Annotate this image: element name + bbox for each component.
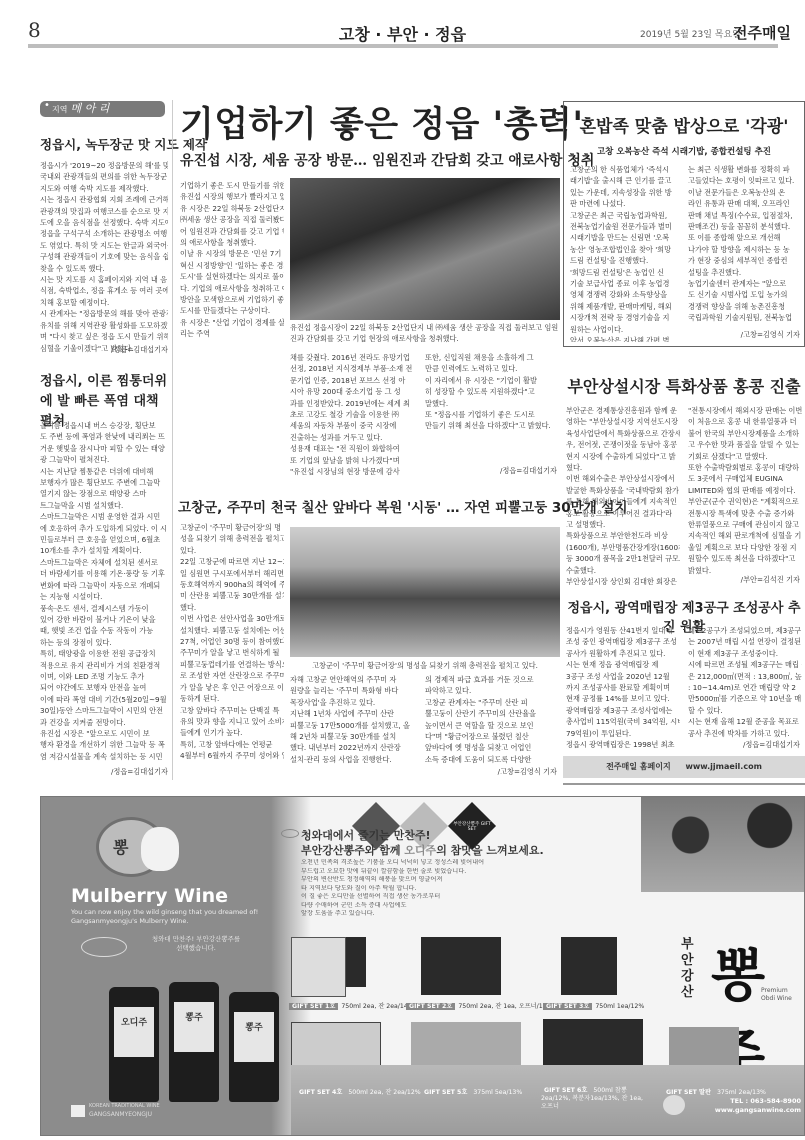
text-line: LIMITED와 협의 판매를 예정이다. — [688, 485, 802, 496]
gochang-photo-caption: 고창군이 '주꾸미 황금어장'의 명성을 되찾기 위해 총력전을 펼치고 있다. — [290, 660, 560, 671]
gift-tag: GIFT SET 3호 — [543, 1003, 592, 1010]
text-line: 피뿔고둥 17만5000개를 설치했고, 올 — [290, 720, 418, 731]
text-line: 했다. — [180, 602, 284, 613]
text-line: 부안의 변산반도 청정해역의 해풍을 맞으며 영글어져 — [301, 876, 581, 885]
brand-mark-icon — [71, 1105, 85, 1117]
text-line: 관광객의 맛집과 여행코스를 순으로 맛 지 — [40, 206, 168, 217]
text-line: 밝혔다. — [688, 565, 802, 575]
text-line: 부안상설시장 상인회 김대한 회장은 — [566, 576, 680, 585]
gift-set-3-label: GIFT SET 3호750ml 1ea/12% — [543, 1001, 644, 1010]
text-line: 드림 컨설팅'을 진행했다. — [570, 255, 680, 266]
gochang-photo — [290, 527, 560, 657]
bottle-label: 뽕주 — [234, 1012, 274, 1062]
text-line: 까지 조성공사를 완료할 계획이며 — [566, 682, 680, 693]
text-line: 도시를 만들겠다는 구상이다. — [180, 305, 284, 316]
lead-photo-caption: 유진섭 정읍시장이 22일 하북동 2산업단지 내 ㈜세움 생산 공장을 직접 … — [290, 322, 560, 344]
text-line: 유치를 위해 지역관광 활성화를 도모하겠다" — [40, 320, 168, 331]
text-line: 시에 따르면 조성될 제3공구는 매립 용량 — [688, 659, 802, 670]
text-line: 도에 오을 음식점을 선정했다. 숙박 지도에는 — [40, 217, 168, 228]
text-line: 농업기술센터 관계자는 "앞으로 — [688, 278, 800, 289]
gift-set-diamond-label: 부안강산뽕주 GIFT SET — [449, 821, 495, 832]
text-line: 되어 야간에도 보행자 안전을 높여 — [40, 682, 168, 693]
text-line: 앞장 도움을 주고 있습니다. — [301, 910, 581, 919]
text-line: 이 자리에서 유 시장은 "기업이 활발 — [425, 375, 557, 386]
text-line: 고들었다는 호평이 잇따르고 있다. — [688, 175, 800, 186]
mascot-icon — [141, 827, 179, 871]
text-line: 앞바다에 옛 명성을 되찾고 어업인 — [425, 742, 557, 753]
text-line: 의 애로사항을 청취했다. — [180, 237, 284, 248]
text-line: 또한, 신입직원 채용을 소홀하게 그 — [425, 352, 557, 363]
text-line: 구성해 관광객들이 기호에 맞는 음식을 쉽게 — [40, 251, 168, 262]
buan-headline: 부안상설시장 특화상품 홍콩 진출 — [563, 374, 805, 397]
text-line: 27척, 어업인 30명 등이 참여했다. — [180, 636, 284, 647]
bluehouse-emblem-icon — [281, 829, 299, 838]
text-line: 국내외 관광객들의 편의를 위한 녹두장군 맛 — [40, 171, 168, 182]
text-line: 현재 공정률 14%를 보이고 있다. — [566, 693, 680, 704]
text-line: 염 저감시설물을 계속 설치하는 등 시민 — [40, 751, 168, 762]
bottom-rule — [563, 783, 805, 785]
text-line: 타 지역보다 당도와 질이 아주 탁월 합니다. — [301, 885, 581, 894]
wine-bottle-icon: 뽕주 — [169, 982, 219, 1102]
text-line: 정읍시가 '2019~20 정읍방문의 해'를 맞아 — [40, 160, 168, 171]
text-line: 진출하는 성과를 거두고 있다. — [290, 432, 418, 443]
text-line: 또 기업의 앞날을 밝혀 나가겠다"며 — [290, 455, 418, 466]
text-line: 다. 기업의 애로사항을 청취하고 애로 — [180, 283, 284, 294]
gift-desc: 375ml 5ea/13% — [473, 1089, 522, 1096]
ad-website-link[interactable]: www.gangsanwine.com — [681, 1106, 801, 1115]
text-line: 가 알을 낳은 후 인근 어장으로 이 — [180, 682, 284, 693]
ad-bottles: 오디주 뽕주 뽕주 — [89, 982, 289, 1102]
text-line: 스마트그늘막은 시범 운영한 결과 시민 — [40, 511, 168, 522]
text-line: 미 산란용 피뿔고둥 30만개를 설치 — [180, 590, 284, 601]
text-line: 채를 갖췄다. 2016년 전라도 유망기업 — [290, 352, 418, 363]
buan-body-col2: "전통시장에서 해외시장 판매는 이번 이 처음으로 홍콩 내 한류열풍과 더 … — [688, 405, 802, 575]
text-line: 수출했다. — [566, 565, 680, 576]
text-line: 할 수 있다. — [688, 705, 802, 716]
mulberry-photo-icon — [641, 797, 805, 892]
text-line: 시는 지난달 찜통같은 더위에 대비해 — [40, 466, 168, 477]
text-line: 에 호응하여 추가 도입하게 되었다. 이 시 — [40, 523, 168, 534]
text-line: 시래기밥을 만드는 신림면 '오복 — [570, 232, 680, 243]
text-line: 고창 앞바다 주꾸미는 단백질 특 — [180, 705, 284, 716]
memo-tag-prefix: 지역 — [52, 105, 67, 114]
text-line: 농산' 영농조합법인을 찾아 '희망 — [570, 244, 680, 255]
text-line: 부안군은 경제통상진흥원과 함께 운 — [566, 405, 680, 416]
text-line: 시는 현재 정읍 광역매립장 제 — [566, 659, 680, 670]
lead-body-col1: 기업하기 좋은 도시 만들기를 위한 유진섭 시장의 행보가 빨라지고 있다. … — [180, 180, 284, 480]
ad-tagline: You can now enjoy the wild ginseng that … — [71, 908, 291, 926]
gift-set-3-image — [561, 937, 617, 995]
gochang-byline: /고창=김영식 기자 — [425, 767, 557, 777]
text-line: ㈜세움 생산 공장을 직접 둘러봤다. 이 — [180, 214, 284, 225]
text-line: 이날 전문가들은 오복농산의 온 — [688, 187, 800, 198]
text-line: 발굴한 특화상품을 '국내박람회 참가 — [566, 485, 680, 496]
gochang-headline: 고창군, 주꾸미 천국 칠산 앞바다 복원 '시동' … 자연 피뿔고둥 30만… — [178, 496, 628, 516]
lead-subhead: 유진섭 시장, 세움 공장 방문… 임원진과 간담회 갖고 애로사항 청취 — [180, 150, 594, 170]
text-line: 리는 주역 — [180, 328, 284, 339]
ad-premium-label: Premium Obdi Wine — [761, 987, 801, 1003]
text-line: 공사가 원활하게 추진되고 있다. — [566, 648, 680, 659]
text-line: 광 그늘막이 펼쳐진다. — [40, 454, 168, 465]
gift-tag: GIFT SET 4호 — [296, 1089, 345, 1096]
text-line: 찾을 수 있도록 했다. — [40, 263, 168, 274]
text-line: 파악하고 있다. — [425, 685, 557, 696]
text-line: 이 현재 제3공구 조성중이다. — [688, 648, 802, 659]
text-line: 높이면서 큰 역할을 할 것으로 보인 — [425, 720, 557, 731]
text-line: 만큼 인력에도 노력하고 있다. — [425, 363, 557, 374]
text-line: 치해 홍보할 예정이다. — [40, 297, 168, 308]
text-line: 들에게 인기가 높다. — [180, 727, 284, 738]
gift-desc: 750ml 2ea, 잔 2ea/14% — [341, 1003, 413, 1010]
text-line: 적용으로 유지 관리비가 거의 친환경적 — [40, 660, 168, 671]
text-line: 과 건강을 지켜줄 전망이다. — [40, 717, 168, 728]
text-line: 제1·2공구가 조성되었으며, 제3공구 — [688, 625, 802, 636]
text-line: 원할수 있도록 최선을 다하겠다"고 — [688, 553, 802, 564]
ad-bottom-brand-small: KOREAN TRADITIONAL WINE — [89, 1103, 160, 1109]
text-line: 판매조건) 등을 꼼꼼히 분석했다. — [688, 221, 800, 232]
text-line: 고창군이 '주꾸미 황금어장'의 명 — [180, 522, 284, 533]
gochang-body-col3: 의 경제적 파급 효과를 거둔 것으로 파악하고 있다. 고창군 관계자는 "주… — [425, 674, 557, 769]
text-line: 육성사업단에서 특화상품으로 간장새 — [566, 428, 680, 439]
text-line: 유진섭 시장은 "앞으로도 시민이 보 — [40, 728, 168, 739]
text-line: 30일)동안 스마트그늘막이 시민의 안전 — [40, 705, 168, 716]
text-line: 유진섭 시장의 행보가 빨라지고 있다. — [180, 191, 284, 202]
text-line: 원하는 사업이다. — [570, 324, 680, 335]
text-line: 고 우수한 맛과 품질을 알릴 수 있는 — [688, 439, 802, 450]
boxed-byline: /고창=김영식 기자 — [688, 330, 800, 340]
text-line: 이 처음으로 홍콩 내 한류열풍과 더 — [688, 416, 802, 427]
text-line: 선정, 2018년 지식경제부 부품·소재 전 — [290, 363, 418, 374]
gift-desc: 750ml 2ea, 잔 1ea, 오프너/12% — [458, 1003, 552, 1010]
brand-logo-text: 뽕 — [113, 835, 128, 858]
ad-headline-2b: 오디주 — [404, 844, 436, 857]
homepage-bar: 전주매일 홈페이지 www.jjmaeil.com — [563, 756, 805, 778]
text-line: 시장개척 전략 등 경영기술을 지 — [570, 312, 680, 323]
text-line: 특히, 태양광을 이용한 전원 공급장치 — [40, 648, 168, 659]
landfill-body-col2: 제1·2공구가 조성되었으며, 제3공구 는 2007년 매립 시설 연장이 결… — [688, 625, 802, 740]
text-line: 래기밥'을 출시해 큰 인기를 끌고 — [570, 175, 680, 186]
homepage-label: 전주매일 홈페이지 — [606, 762, 671, 771]
text-line: 도 엮었다. 특히 맛 지도는 한글과 외국어를 — [40, 240, 168, 251]
text-line: 시는 현재 올해 12월 준공을 목표로 — [688, 716, 802, 727]
text-line: 이 질 좋은 오디만을 선별하여 직접 생산 농가로부터 — [301, 893, 581, 902]
text-line: 다"며 "황금어장으로 불렸던 칠산 — [425, 731, 557, 742]
text-line: 해 2년차 피뿔고둥 30만개를 설치 — [290, 731, 418, 742]
text-line: 도시'를 실현하겠다는 의지로 풀이된 — [180, 271, 284, 282]
gift-desc: 500ml 2ea, 잔 2ea/12% — [348, 1089, 420, 1096]
text-line: 시는 맛 지도를 시 홈페이지와 지역 내 음 — [40, 274, 168, 285]
text-line: 보행자가 많은 횡단보도 주변에 그늘막 — [40, 477, 168, 488]
text-line: 기업하기 좋은 도시 만들기를 위한 — [180, 180, 284, 191]
buan-byline: /부안=김석진 기자 — [688, 575, 800, 585]
text-line: 조성 중인 광역매립장 제3공구 조성 — [566, 636, 680, 647]
paper-name: 전주매일 — [733, 22, 791, 43]
text-line: 있다. — [180, 545, 284, 556]
text-line: 며 "다시 찾고 싶은 정읍 도시 만들기 위해 — [40, 331, 168, 342]
text-line: 은 212,000㎥(면적 : 13,800㎡, 높이 — [688, 671, 802, 682]
text-line: 이날 유 시장의 방문은 '민선 7기 — [180, 248, 284, 259]
text-line: 총사업비 115억원(국비 34억원, 시비 — [566, 716, 680, 727]
text-line: 고 설명했다. — [566, 519, 680, 530]
text-line: "전통시장에서 해외시장 판매는 이번 — [688, 405, 802, 416]
header-rule — [28, 44, 778, 48]
memo-article-2-body: 올여름 정읍시내 버스 승강장, 횡단보 도 주변 등에 폭염과 한낮에 내리쬐… — [40, 420, 168, 765]
ad-brand-title: Mulberry Wine — [71, 885, 228, 907]
ad-emblem-text: 청와대 만찬주! 부안강산뽕주를 선택했습니다. — [151, 935, 241, 953]
text-line: 위해 제품개발, 판매마케팅, 해외 — [570, 301, 680, 312]
text-line: 영하는 "부안상설시장 지역선도시장 — [566, 416, 680, 427]
text-line: 성용재 대표는 "전 직원이 화합하여 — [290, 443, 418, 454]
ad-bottom-brand: GANGSANMYEONGJU — [89, 1111, 152, 1118]
text-line: 전북농업기술원 전문가들과 별미 — [570, 221, 680, 232]
text-line: 때, 햇빛 조건 업을 수동 작동이 가능 — [40, 625, 168, 636]
bluehouse-emblem-icon — [81, 937, 127, 957]
gift-set-2-image — [421, 937, 501, 995]
text-line: 혁신 시정방향'인 '일하는 좋은 경제 — [180, 260, 284, 271]
bottle-label: 오디주 — [114, 1007, 154, 1057]
text-line: 도 주변 등에 폭염과 한낮에 내리쬐는 뜨 — [40, 431, 168, 442]
gift-set-special-label: GIFT SET 딸판375ml 2ea/13% — [663, 1087, 766, 1096]
text-line: 고창군은 최근 국립농업과학원, — [570, 210, 680, 221]
text-line: 하는 등의 장점이 있다. — [40, 637, 168, 648]
text-line: 행자 환경을 개선하기 위한 그늘막 등 폭 — [40, 739, 168, 750]
lead-body-col2: 채를 갖췄다. 2016년 전라도 유망기업 선정, 2018년 지식경제부 부… — [290, 352, 418, 482]
text-line: 광역매립장 제3공구 조성사업에는 — [566, 705, 680, 716]
gift-tag: GIFT SET 5호 — [421, 1089, 470, 1096]
text-line: 지도와 여행 숙박 지도를 제작했다. — [40, 183, 168, 194]
boxed-subhead: 고창 오복농산 즉석 시래기밥, 종합컨설팅 추진 — [563, 145, 805, 157]
lead-body-col3: 또한, 신입직원 채용을 소홀하게 그 만큼 인력에도 노력하고 있다. 이 자… — [425, 352, 557, 472]
text-line: 설치·관리 등의 사업을 진행한다. — [290, 754, 418, 765]
text-line: 거운 햇빛을 잠시나마 피할 수 있는 태양 — [40, 443, 168, 454]
memo-article-2-byline: /정읍=김대섭기자 — [40, 767, 168, 777]
text-line: 가 현장 중심의 세부적인 종합컨 — [688, 255, 800, 266]
text-line: 원량을 늘리는 '주꾸미 특화형 바다 — [290, 685, 418, 696]
text-line: 홍보 활동으로 이루어진 결과다'라 — [566, 508, 680, 519]
text-line: 이며, 이와 LED 조명 기능도 추가 — [40, 671, 168, 682]
text-line: 주꾸미가 알을 낳고 번식하게 될 — [180, 647, 284, 658]
gift-tag: GIFT SET 1호 — [289, 1003, 338, 1010]
text-line: 오천년 민족의 격조높은 기품을 오디 넉넉히 넣고 정성스레 빚어내어 — [301, 859, 581, 868]
text-line: 트그늘막을 시범 설치했다. — [40, 500, 168, 511]
wine-bottle-icon: 오디주 — [109, 987, 159, 1102]
gift-set-2-label: GIFT SET 2호750ml 2ea, 잔 1ea, 오프너/12% — [406, 1001, 553, 1010]
text-line: 는 2007년 매립 시설 연장이 결정된 — [688, 636, 802, 647]
text-line: 불어 한국의 부안시장제품을 소개하 — [688, 428, 802, 439]
text-line: 특화상품으로 부안한천도라 비상 — [566, 530, 680, 541]
text-line: 기술 보급사업 종료 이후 농업경 — [570, 278, 680, 289]
text-line: 앞서 오복농산은 지난해 간편 별 — [570, 335, 680, 342]
text-line: '희망드림 컨설팅'은 농업인 신 — [570, 267, 680, 278]
gift-tag: GIFT SET 6호 — [541, 1087, 590, 1094]
gift-desc: 375ml 2ea/13% — [717, 1089, 766, 1096]
text-line: 동호해역까지 900ha의 해역에 주꾸 — [180, 579, 284, 590]
text-line: 부안군(군수 권익현)은 "계획적으로 — [688, 496, 802, 507]
boxed-headline: 혼밥족 맞춤 밥상으로 '각광' — [563, 112, 805, 137]
issue-date: 2019년 5월 23일 목요일 — [640, 27, 741, 40]
text-line: 4월부터 6월까지 주꾸미 성어와 알 — [180, 750, 284, 761]
boxed-body-col1: 고창군의 한 식품업체가 '즉석시 래기밥'을 출시해 큰 인기를 끌고 있는 … — [570, 164, 680, 342]
text-line: 했다. 내년부터 2022년까지 산란장 — [290, 742, 418, 753]
landfill-body-col1: 정읍시가 영원동 산41번지 일대에 조성 중인 광역매립장 제3공구 조성 공… — [566, 625, 680, 750]
text-line: 부드럽고 오묘한 맛에 뒤끝이 깔끔함을 한번 술로 빚었습니다. — [301, 868, 581, 877]
text-line: 변화에 따라 그늘막이 자동으로 개폐되 — [40, 580, 168, 591]
text-line: 뿔고둥이 산란기 주꾸미의 산란율을 — [425, 708, 557, 719]
text-line: 더 바람세기를 이용해 기온·풍량 등 기후 — [40, 568, 168, 579]
gift-desc: 750ml 1ea/12% — [595, 1003, 644, 1010]
text-line: 정읍시 광역매립장은 1998년 최초 — [566, 739, 680, 750]
column-divider — [172, 100, 173, 780]
ad-side-title: 부안강산 — [681, 937, 695, 1001]
text-line: 전통시장 특색에 맞춘 수출 증가와 — [688, 508, 802, 519]
text-line: 스마트그늘막은 자체에 설치된 센서로 — [40, 557, 168, 568]
text-line: 혔다. — [566, 462, 680, 473]
text-line: 고창군 관계자는 "주꾸미 산란 피 — [425, 697, 557, 708]
bullet-icon: • — [44, 100, 50, 111]
ad-headline-2a: 부안강산뽕주와 함께 — [301, 844, 404, 857]
text-line: 영체 경쟁력 강화와 소득향상을 — [570, 289, 680, 300]
text-line: 일 심원면 구시포에서부터 해리면 — [180, 568, 284, 579]
text-line: 를 통해 해외바이어들에게 지속적인 — [566, 496, 680, 507]
text-line: 히 성장할 수 있도록 지원하겠다"고 — [425, 386, 557, 397]
text-line: 로 조성한 자연 산란장으로 주꾸미 — [180, 670, 284, 681]
text-line: 고창군의 한 식품업체가 '즉석시 — [570, 164, 680, 175]
text-line: 판 마련에 나섰다. — [570, 198, 680, 209]
text-line: 한류열풍으로 구매에 관심이지 않고 — [688, 519, 802, 530]
text-line: 3공구 조성 사업을 2020년 12월 — [566, 671, 680, 682]
memo-section-tag: 지역메 아 리 — [40, 101, 165, 117]
text-line: 정읍을 구석구석 소개하는 관광명소 여행 정보 — [40, 228, 168, 239]
text-line: 만5000㎥를 기준으로 약 10년을 매립 — [688, 693, 802, 704]
text-line: 79억원)이 투입된다. — [566, 728, 680, 739]
text-line: 10개소를 추가 설치할 계획이다. — [40, 545, 168, 556]
text-line: 있는 가운데, 지속성장을 위한 방 — [570, 187, 680, 198]
ad-phone: TEL : 063-584-8900 — [681, 1097, 801, 1106]
text-line: 시아 유망 200대 중소기업 등 그 성 — [290, 386, 418, 397]
wine-bottle-icon: 뽕주 — [229, 992, 279, 1102]
text-line: 만들기 위해 최선을 다하겠다"고 밝혔다. — [425, 420, 557, 431]
text-line: 도 3곳에서 구매업체 EUGINA — [688, 473, 802, 484]
buan-body-col1: 부안군은 경제통상진흥원과 함께 운 영하는 "부안상설시장 지역선도시장 육성… — [566, 405, 680, 585]
text-line: 라인 유통과 판매 대책, 오프라인 — [688, 198, 800, 209]
text-line: 설치했다. 피뿔고둥 설치에는 어선 — [180, 625, 284, 636]
gift-tag: GIFT SET 2호 — [406, 1003, 455, 1010]
text-line: 소득 증대에 도움이 되도록 다양한 — [425, 754, 557, 765]
text-line: 문기업 인증, 2018년 포브스 선정 아 — [290, 375, 418, 386]
text-line: 정읍시가 영원동 산41번지 일대에 — [566, 625, 680, 636]
text-line: 설팅을 추진했다. — [688, 267, 800, 278]
text-line: 판매 채널 특징(수수료, 입점절차, — [688, 210, 800, 221]
text-line: 유의 맛과 향을 지니고 있어 소비자 — [180, 716, 284, 727]
text-line: 올여름 정읍시내 버스 승강장, 횡단보 — [40, 420, 168, 431]
homepage-url-link[interactable]: www.jjmaeil.com — [685, 762, 761, 771]
ad-headline-2: 부안강산뽕주와 함께 오디주의 참맛을 느껴보세요. — [301, 842, 544, 858]
text-line: 나가야 할 방향을 제시하는 등 농 — [688, 244, 800, 255]
text-line: 풍속·온도 센서, 결제시스템 가동이 — [40, 603, 168, 614]
text-line: 지속적인 해외 판로개척에 심혈을 기 — [688, 530, 802, 541]
text-line: 유 시장은 "산업 기업이 경제를 살 — [180, 317, 284, 328]
ad-contact: TEL : 063-584-8900 www.gangsanwine.com — [681, 1097, 801, 1115]
boxed-body-col2: 는 최근 식생활 변화를 정확히 파 고들었다는 호평이 잇따르고 있다. 이날… — [688, 164, 800, 329]
text-line: 세움의 자동차 부품이 중국 시장에 — [290, 420, 418, 431]
text-line: 유 시장은 22일 하북동 2산업단지 내 — [180, 203, 284, 214]
lead-photo — [290, 178, 560, 320]
text-line: 지난해 1년차 사업에 주꾸미 산란 — [290, 708, 418, 719]
gift-set-1-label: GIFT SET 1호750ml 2ea, 잔 2ea/14% — [289, 1001, 414, 1010]
text-line: 현지 시장에 수출하게 되었다"고 밝 — [566, 451, 680, 462]
mulberry-wine-advertisement[interactable]: 뽕 Mulberry Wine You can now enjoy the wi… — [40, 796, 805, 1136]
memo-tag-title: 메 아 리 — [70, 102, 109, 115]
text-line: 의 경제적 파급 효과를 거둔 것으로 — [425, 674, 557, 685]
text-line: 피뿔고둥껍데기를 연결하는 방식으 — [180, 659, 284, 670]
text-line: 열기지 않는 장점으로 태양광 스마 — [40, 488, 168, 499]
landfill-byline: /정읍=김대섭기자 — [688, 740, 800, 750]
lead-byline: /정읍=김대섭기자 — [425, 466, 557, 476]
text-line: 우, 전어젓, 곤쟁이젓을 동남아 홍콩 — [566, 439, 680, 450]
text-line: 는 지능형 시설이다. — [40, 591, 168, 602]
text-line: 이에 따라 폭염 대비 기간(5월20일~9월 — [40, 694, 168, 705]
lead-headline: 기업하기 좋은 정읍 '총력' — [180, 97, 584, 147]
text-line: 공사 추진에 박차를 가하고 있다. — [688, 728, 802, 739]
text-line: 도 신기술 시범사업 도입 농가의 — [688, 289, 800, 300]
memo-article-1-byline: /정읍=김대섭기자 — [40, 345, 168, 355]
text-line: 이번 사업은 선안사업을 30만개로 — [180, 613, 284, 624]
text-line: 국립과학원 기술지원팀, 전북농업 — [688, 312, 800, 323]
ad-headline-2c: 의 참맛을 느껴보세요. — [436, 844, 543, 857]
text-line: 과를 인정받았다. 2019년에는 세계 최 — [290, 398, 418, 409]
memo-article-1-body: 정읍시가 '2019~20 정읍방문의 해'를 맞아 국내외 관광객들의 편의를… — [40, 160, 168, 356]
text-line: 시는 정읍시 관광협회 지회 조례에 근거해 — [40, 194, 168, 205]
text-line: 초로 고강도 철강 기술을 이용한 ㈜ — [290, 409, 418, 420]
text-line: 또 이를 종합해 앞으로 개선해 — [688, 232, 800, 243]
text-line: 이번 해외수출은 부안상설시장에서 — [566, 473, 680, 484]
text-line: 목장사업'을 추진하고 있다. — [290, 697, 418, 708]
text-line: 울일 계획으로 보다 다양한 장점 지 — [688, 542, 802, 553]
gift-set-6-label: GIFT SET 6호500ml 참뽕2ea/12%, 복분자1ea/13%, … — [541, 1087, 646, 1111]
gift-set-1-image — [291, 937, 346, 997]
text-line: : 10~14.4m)로 연간 매립량 약 2 — [688, 682, 802, 693]
text-line: 성을 되찾기 위해 총력전을 펼치고 — [180, 533, 284, 544]
gift-set-5-label: GIFT SET 5호375ml 5ea/13% — [421, 1087, 522, 1096]
text-line: "유진섭 시장님의 현장 방문에 감사 — [290, 466, 418, 477]
text-line: 22일 고창군에 따르면 지난 12~20 — [180, 556, 284, 567]
gochang-body-col2: 자해 고창군 연안해역의 주꾸미 자 원량을 늘리는 '주꾸미 특화형 바다 목… — [290, 674, 418, 769]
bottle-label: 뽕주 — [174, 1002, 214, 1052]
text-line: 식점, 숙박업소, 정읍 휴게소 등 여러 곳에 비 — [40, 285, 168, 296]
text-line: 동하게 된다. — [180, 693, 284, 704]
text-line: 기회로 삼겠다"고 말했다. — [688, 451, 802, 462]
text-line: 자해 고창군 연안해역의 주꾸미 자 — [290, 674, 418, 685]
text-line: 있어 강한 바람이 불거나 기온이 낮을 — [40, 614, 168, 625]
text-line: 특히, 고창 앞바다에는 연평균 — [180, 739, 284, 750]
text-line: 또 "정읍시를 기업하기 좋은 도시로 — [425, 409, 557, 420]
gochang-body-col1: 고창군이 '주꾸미 황금어장'의 명 성을 되찾기 위해 총력전을 펼치고 있다… — [180, 522, 284, 767]
gift-set-1-box — [346, 937, 366, 987]
text-line: 경쟁력 향상을 위해 농촌진흥청 — [688, 301, 800, 312]
ad-headline-1: 청와대에서 즐기는 만찬주! — [301, 827, 431, 843]
text-line: (1600개), 부안명품간장게장(1600개) — [566, 542, 680, 553]
text-line: 는 최근 식생활 변화를 정확히 파 — [688, 164, 800, 175]
text-line: 말했다. — [425, 398, 557, 409]
text-line: 시 관계자는 "정읍방문의 해를 맞아 관광객 — [40, 308, 168, 319]
text-line: 등 3000개 품목을 2만1천달러 규모로 — [566, 553, 680, 564]
text-line: 방안을 모색함으로써 기업하기 좋은 — [180, 294, 284, 305]
gift-set-4-label: GIFT SET 4호500ml 2ea, 잔 2ea/12% — [296, 1087, 421, 1096]
text-line: 민들로부터 큰 호응을 얻었으며, 6월초 — [40, 534, 168, 545]
text-line: 어 임원진과 간담회를 갖고 기업 현장 — [180, 226, 284, 237]
ad-body: 오천년 민족의 격조높은 기품을 오디 넉넉히 넣고 정성스레 빚어내어 부드럽… — [301, 859, 581, 919]
text-line: 또한 수출박람회별로 홍콩이 대량하 — [688, 462, 802, 473]
